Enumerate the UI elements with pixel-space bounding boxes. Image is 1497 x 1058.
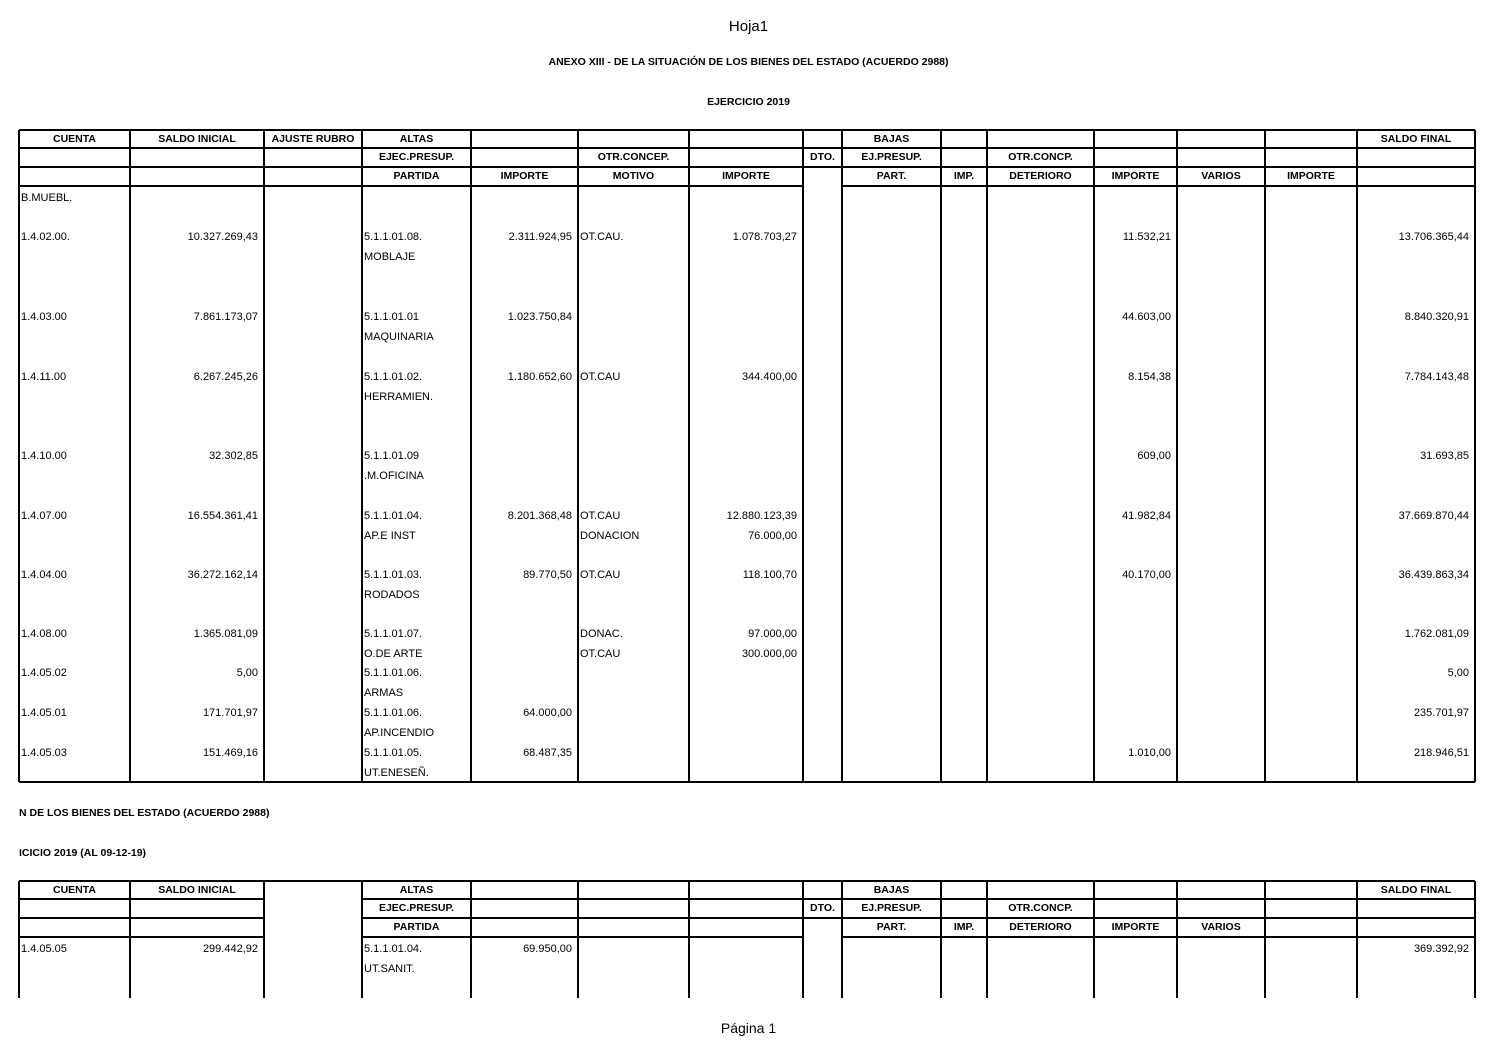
group-label: B.MUEBL.: [21, 192, 72, 205]
partida-desc-cell: UT.ENESEÑ.: [364, 767, 429, 780]
partida-cell: 5.1.1.01.04.: [364, 943, 422, 956]
table-horizontal-rule: [19, 880, 1475, 882]
table-vertical-rule: [1176, 130, 1178, 782]
table-horizontal-rule: [19, 781, 1475, 783]
saldo-final-cell: 7.784.143,48: [1357, 371, 1469, 384]
table-vertical-rule: [1474, 881, 1476, 998]
partida-desc-cell: HERRAMIEN.: [364, 391, 433, 404]
column-header: PARTIDA: [362, 921, 471, 933]
table-vertical-rule: [18, 881, 20, 998]
column-header: MOTIVO: [578, 170, 689, 182]
partida-cell: 5.1.1.01.07.: [364, 628, 422, 641]
table-vertical-rule: [986, 881, 988, 998]
table-horizontal-rule: [19, 936, 264, 938]
page-heading: ANEXO XIII - DE LA SITUACIÓN DE LOS BIEN…: [0, 56, 1497, 68]
importe-otr-concep-cell: 97.000,00: [689, 628, 797, 641]
table-horizontal-rule: [362, 936, 803, 938]
partida-desc-cell: MAQUINARIA: [364, 331, 434, 344]
cuenta-cell: 1.4.04.00: [21, 569, 67, 582]
importe-bajas-cell: 40.170,00: [1094, 569, 1171, 582]
saldo-final-cell: 8.840.320,91: [1357, 311, 1469, 324]
column-header: DETERIORO: [987, 921, 1094, 933]
table-vertical-rule: [263, 130, 265, 782]
partida-desc-cell: .M.OFICINA: [364, 470, 424, 483]
column-header: IMPORTE: [1265, 170, 1357, 182]
saldo-inicial-cell: 32.302,85: [130, 450, 258, 463]
column-header: SALDO FINAL: [1357, 884, 1475, 896]
importe-bajas-cell: 609,00: [1094, 450, 1171, 463]
saldo-inicial-cell: 299.442,92: [130, 943, 258, 956]
table-vertical-rule: [577, 881, 579, 998]
partida-desc-cell: ARMAS: [364, 687, 403, 700]
column-header: PART.: [842, 170, 941, 182]
column-header: IMPORTE: [689, 170, 803, 182]
table-horizontal-rule: [362, 917, 1475, 919]
partida-cell: 5.1.1.01.04.: [364, 510, 422, 523]
column-header: IMPORTE: [1094, 921, 1177, 933]
column-header: EJEC.PRESUP.: [362, 151, 471, 163]
column-header: DTO.: [803, 151, 842, 163]
saldo-inicial-cell: 16.554.361,41: [130, 510, 258, 523]
importe-bajas-cell: 11.532,21: [1094, 231, 1171, 244]
table-vertical-rule: [361, 130, 363, 782]
table-vertical-rule: [129, 881, 131, 998]
column-header: CUENTA: [19, 884, 130, 896]
partida-desc-cell: UT.SANIT.: [364, 963, 415, 976]
page-footer: Página 1: [0, 1020, 1497, 1036]
partida-cell: 5.1.1.01.09: [364, 450, 419, 463]
importe-bajas-cell: 41.982,84: [1094, 510, 1171, 523]
saldo-final-cell: 31.693,85: [1357, 450, 1469, 463]
table-horizontal-rule: [842, 185, 1475, 187]
importe-bajas-cell: 1.010,00: [1094, 747, 1171, 760]
importe-altas-cell: 64.000,00: [471, 707, 572, 720]
table-vertical-rule: [361, 881, 363, 998]
column-header: PART.: [842, 921, 941, 933]
saldo-inicial-cell: 1.365.081,09: [130, 628, 258, 641]
column-header: EJ.PRESUP.: [842, 151, 941, 163]
partida-desc-cell: AP.INCENDIO: [364, 727, 434, 740]
saldo-final-cell: 235.701,97: [1357, 707, 1469, 720]
table-horizontal-rule: [19, 166, 1475, 168]
table-vertical-rule: [802, 881, 804, 998]
partida-desc-cell: RODADOS: [364, 589, 420, 602]
importe-altas-cell: 1.023.750,84: [471, 311, 572, 324]
importe-otr-concep-cell: 12.880.123,39: [689, 510, 797, 523]
column-header: CUENTA: [19, 133, 130, 145]
motivo-cell: OT.CAU: [580, 569, 620, 582]
column-header: IMP.: [941, 921, 987, 933]
partida-cell: 5.1.1.01.02.: [364, 371, 422, 384]
saldo-final-cell: 218.946,51: [1357, 747, 1469, 760]
table-horizontal-rule: [19, 129, 1475, 131]
table-horizontal-rule: [362, 898, 1475, 900]
table-vertical-rule: [841, 881, 843, 998]
saldo-final-cell: 37.669.870,44: [1357, 510, 1469, 523]
importe-otr-concep-cell: 76.000,00: [689, 530, 797, 543]
column-header: EJ.PRESUP.: [842, 902, 941, 914]
table-vertical-rule: [470, 881, 472, 998]
partida-cell: 5.1.1.01.06.: [364, 667, 422, 680]
motivo-cell: OT.CAU: [580, 648, 620, 661]
table-vertical-rule: [1264, 881, 1266, 998]
sheet-title: Hoja1: [0, 18, 1497, 35]
cuenta-cell: 1.4.08.00: [21, 628, 67, 641]
table-vertical-rule: [1264, 130, 1266, 782]
page-subheading: EJERCICIO 2019: [0, 96, 1497, 108]
partida-cell: 5.1.1.01.05.: [364, 747, 422, 760]
table-vertical-rule: [577, 130, 579, 782]
partida-cell: 5.1.1.01.03.: [364, 569, 422, 582]
importe-otr-concep-cell: 1.078.703,27: [689, 231, 797, 244]
partida-cell: 5.1.1.01.06.: [364, 707, 422, 720]
column-header: PARTIDA: [362, 170, 471, 182]
cuenta-cell: 1.4.03.00: [21, 311, 67, 324]
importe-otr-concep-cell: 118.100,70: [689, 569, 797, 582]
column-header: VARIOS: [1177, 921, 1265, 933]
motivo-cell: DONAC.: [580, 628, 623, 641]
saldo-inicial-cell: 6.267.245,26: [130, 371, 258, 384]
column-header: IMP.: [941, 170, 987, 182]
table-vertical-rule: [1474, 130, 1476, 782]
partida-desc-cell: MOBLAJE: [364, 251, 415, 264]
column-header: EJEC.PRESUP.: [362, 902, 471, 914]
table-vertical-rule: [1176, 881, 1178, 998]
table-vertical-rule: [940, 130, 942, 782]
cuenta-cell: 1.4.10.00: [21, 450, 67, 463]
table-vertical-rule: [1093, 881, 1095, 998]
section2-heading: N DE LOS BIENES DEL ESTADO (ACUERDO 2988…: [19, 807, 270, 819]
saldo-final-cell: 36.439.863,34: [1357, 569, 1469, 582]
saldo-inicial-cell: 7.861.173,07: [130, 311, 258, 324]
column-header: IMPORTE: [471, 170, 578, 182]
column-header: DETERIORO: [987, 170, 1094, 182]
table-vertical-rule: [18, 130, 20, 782]
cuenta-cell: 1.4.05.03: [21, 747, 67, 760]
column-header: SALDO INICIAL: [130, 133, 264, 145]
table-vertical-rule: [263, 881, 265, 998]
table-vertical-rule: [688, 881, 690, 998]
cuenta-cell: 1.4.05.02: [21, 667, 67, 680]
motivo-cell: OT.CAU.: [580, 231, 623, 244]
importe-bajas-cell: 44.603,00: [1094, 311, 1171, 324]
motivo-cell: OT.CAU: [580, 510, 620, 523]
saldo-inicial-cell: 171.701,97: [130, 707, 258, 720]
table-horizontal-rule: [842, 936, 1475, 938]
partida-cell: 5.1.1.01.08.: [364, 231, 422, 244]
motivo-cell: OT.CAU: [580, 371, 620, 384]
column-header: DTO.: [803, 902, 842, 914]
table-horizontal-rule: [19, 185, 803, 187]
column-header: ALTAS: [362, 133, 471, 145]
importe-altas-cell: 1.180.652,60: [471, 371, 572, 384]
table-vertical-rule: [940, 881, 942, 998]
cuenta-cell: 1.4.11.00: [21, 371, 66, 384]
table-horizontal-rule: [19, 917, 264, 919]
saldo-final-cell: 1.762.081,09: [1357, 628, 1469, 641]
saldo-final-cell: 5,00: [1357, 667, 1469, 680]
table-vertical-rule: [802, 130, 804, 782]
importe-otr-concep-cell: 300.000,00: [689, 648, 797, 661]
importe-bajas-cell: 8.154,38: [1094, 371, 1171, 384]
saldo-inicial-cell: 151.469,16: [130, 747, 258, 760]
cuenta-cell: 1.4.05.05: [21, 943, 67, 956]
column-header: OTR.CONCP.: [987, 151, 1094, 163]
partida-cell: 5.1.1.01.01: [364, 311, 419, 324]
saldo-final-cell: 369.392,92: [1357, 943, 1469, 956]
column-header: ALTAS: [362, 884, 471, 896]
importe-altas-cell: 89.770,50: [471, 569, 572, 582]
column-header: OTR.CONCP.: [987, 902, 1094, 914]
importe-altas-cell: 8.201.368,48: [471, 510, 572, 523]
importe-altas-cell: 2.311.924,95: [471, 231, 572, 244]
cuenta-cell: 1.4.02.00.: [21, 231, 70, 244]
table-horizontal-rule: [19, 898, 264, 900]
importe-altas-cell: 68.487,35: [471, 747, 572, 760]
table-vertical-rule: [841, 130, 843, 782]
cuenta-cell: 1.4.05.01: [21, 707, 67, 720]
partida-desc-cell: O.DE ARTE: [364, 648, 422, 661]
table-horizontal-rule: [19, 147, 1475, 149]
cuenta-cell: 1.4.07.00: [21, 510, 67, 523]
column-header: BAJAS: [842, 133, 941, 145]
table-vertical-rule: [986, 130, 988, 782]
table-vertical-rule: [688, 130, 690, 782]
importe-altas-cell: 69.950,00: [471, 943, 572, 956]
saldo-inicial-cell: 10.327.269,43: [130, 231, 258, 244]
column-header: SALDO FINAL: [1357, 133, 1475, 145]
saldo-inicial-cell: 5,00: [130, 667, 258, 680]
saldo-inicial-cell: 36.272.162,14: [130, 569, 258, 582]
column-header: BAJAS: [842, 884, 941, 896]
table-vertical-rule: [1356, 881, 1358, 998]
column-header: AJUSTE RUBRO: [264, 133, 362, 145]
partida-desc-cell: AP.E INST: [364, 530, 416, 543]
motivo-cell: DONACION: [580, 530, 639, 543]
saldo-final-cell: 13.706.365,44: [1357, 231, 1469, 244]
column-header: SALDO INICIAL: [130, 884, 264, 896]
section2-subheading: ICICIO 2019 (AL 09-12-19): [19, 847, 146, 859]
importe-otr-concep-cell: 344.400,00: [689, 371, 797, 384]
table-vertical-rule: [470, 130, 472, 782]
column-header: OTR.CONCEP.: [578, 151, 689, 163]
column-header: IMPORTE: [1094, 170, 1177, 182]
column-header: VARIOS: [1177, 170, 1265, 182]
